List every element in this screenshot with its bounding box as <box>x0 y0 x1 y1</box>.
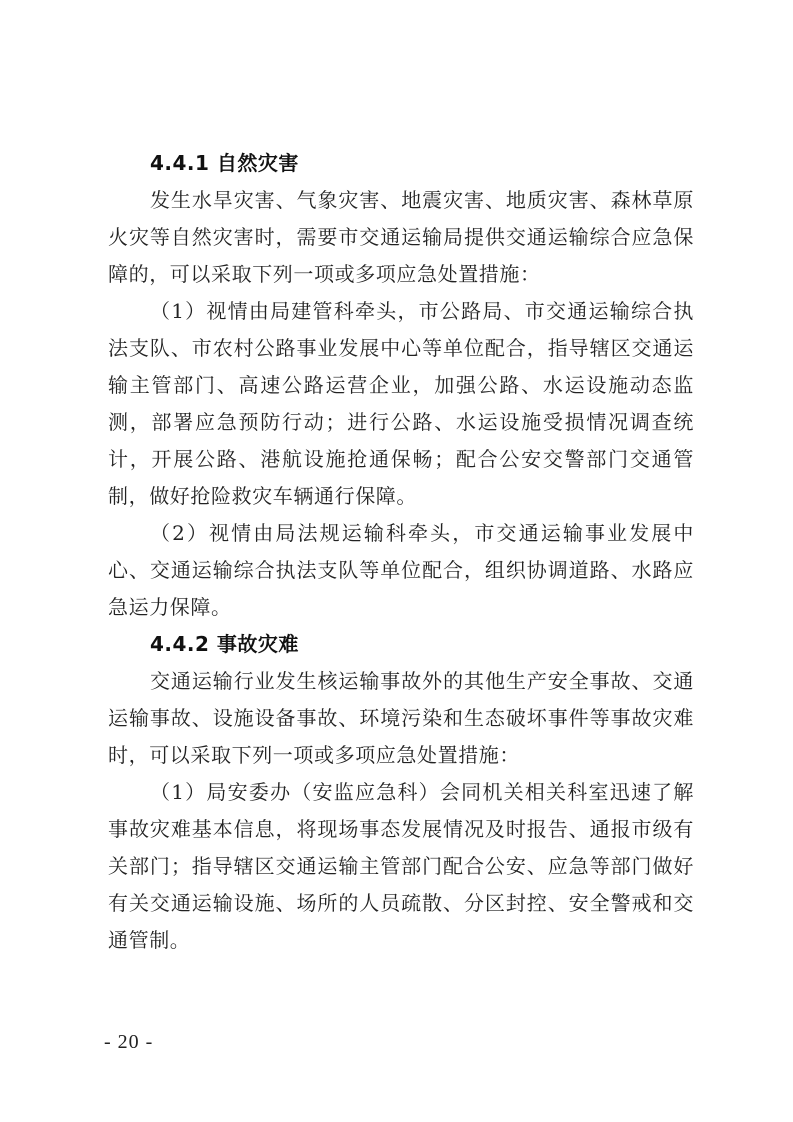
section-heading-natural-disasters: 4.4.1 自然灾害 <box>108 145 694 182</box>
page-number: - 20 - <box>104 1031 153 1054</box>
paragraph-natural-disasters-item-2: （2）视情由局法规运输科牵头，市交通运输事业发展中心、交通运输综合执法支队等单位… <box>108 515 694 626</box>
document-page: 4.4.1 自然灾害 发生水旱灾害、气象灾害、地震灾害、地质灾害、森林草原火灾等… <box>108 145 694 959</box>
paragraph-accident-disasters-item-1: （1）局安委办（安监应急科）会同机关相关科室迅速了解事故灾难基本信息，将现场事态… <box>108 774 694 959</box>
paragraph-natural-disasters-item-1: （1）视情由局建管科牵头，市公路局、市交通运输综合执法支队、市农村公路事业发展中… <box>108 293 694 515</box>
section-heading-accident-disasters: 4.4.2 事故灾难 <box>108 626 694 663</box>
paragraph-accident-disasters-intro: 交通运输行业发生核运输事故外的其他生产安全事故、交通运输事故、设施设备事故、环境… <box>108 663 694 774</box>
paragraph-natural-disasters-intro: 发生水旱灾害、气象灾害、地震灾害、地质灾害、森林草原火灾等自然灾害时，需要市交通… <box>108 182 694 293</box>
